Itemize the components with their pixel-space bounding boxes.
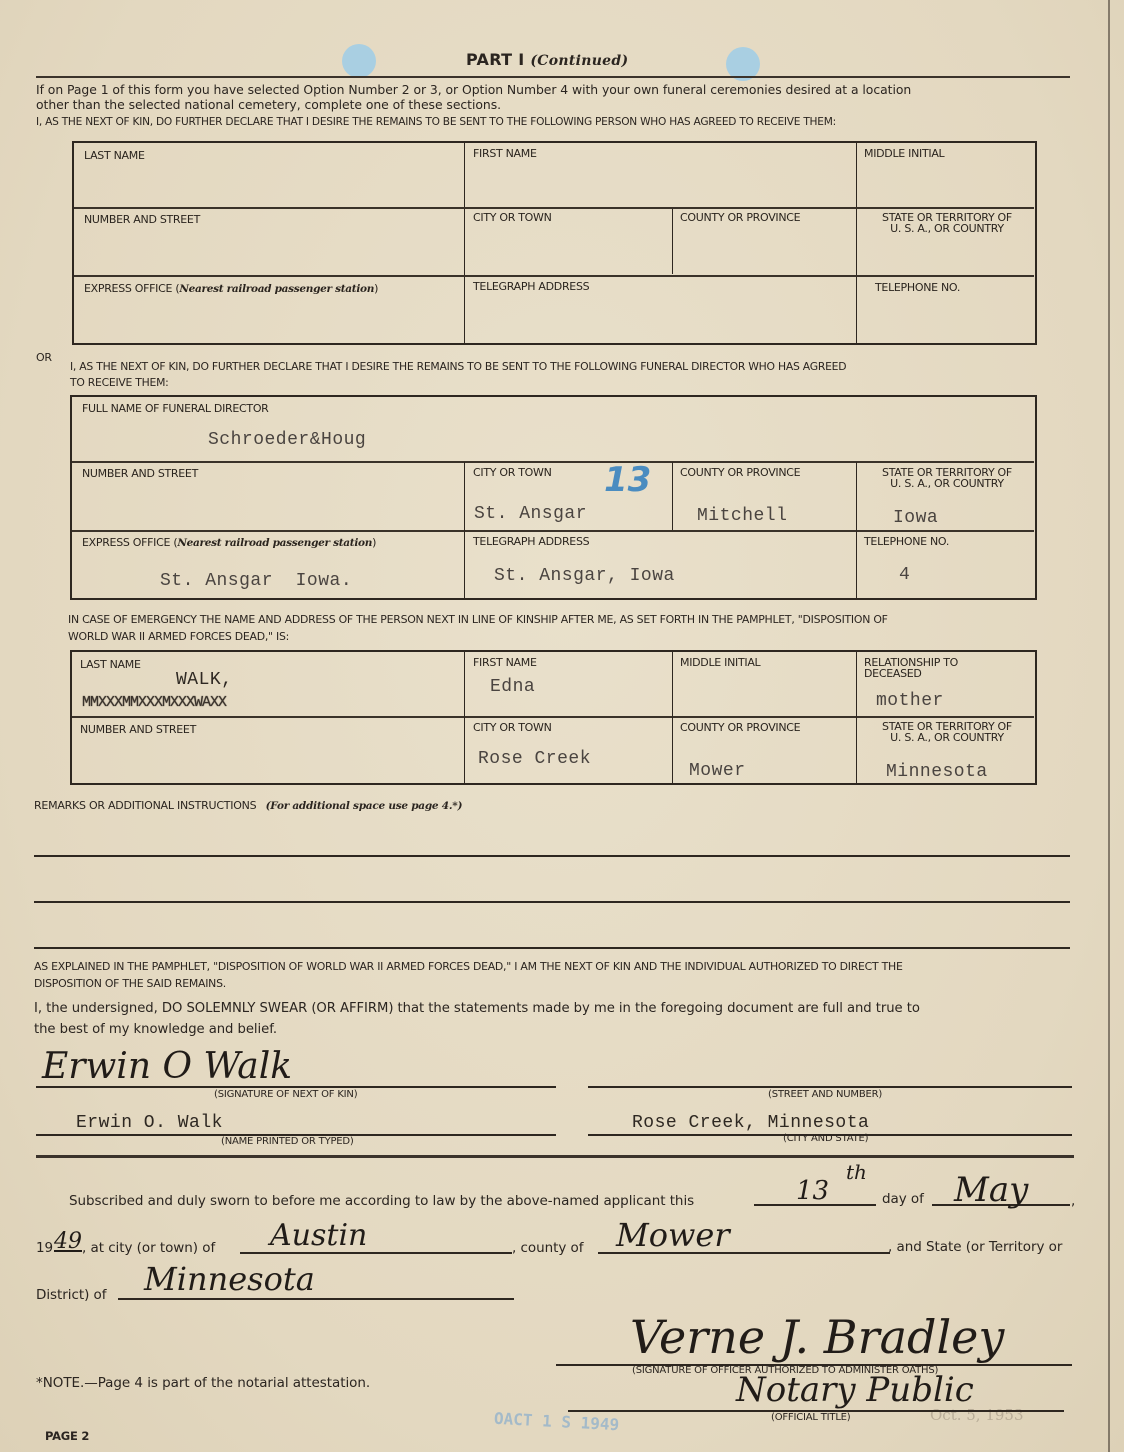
blue-pencil-annotation: 13 <box>604 460 651 500</box>
divider <box>672 652 673 783</box>
county-label: COUNTY OR PROVINCE <box>680 722 800 734</box>
signature-line[interactable] <box>36 1086 556 1088</box>
full-name-director-label: FULL NAME OF FUNERAL DIRECTOR <box>82 403 269 415</box>
middle-initial-label: MIDDLE INITIAL <box>864 148 944 160</box>
kin-first-name-field[interactable]: Edna <box>490 677 535 697</box>
number-street-label: NUMBER AND STREET <box>80 724 196 736</box>
official-title-value: Notary Public <box>736 1370 974 1410</box>
state-label: STATE OR TERRITORY OF U. S. A., OR COUNT… <box>862 212 1032 234</box>
number-street-label: NUMBER AND STREET <box>84 214 200 226</box>
number-street-label: NUMBER AND STREET <box>82 468 198 480</box>
row-divider <box>74 207 1034 209</box>
declaration-director-line-1: I, AS THE NEXT OF KIN, DO FURTHER DECLAR… <box>70 359 846 375</box>
director-city-field[interactable]: St. Ansgar <box>474 504 587 524</box>
part-title: PART I <box>466 50 524 69</box>
state-label-line-2: U. S. A., OR COUNTRY <box>862 478 1032 489</box>
divider <box>856 143 857 343</box>
last-name-label: LAST NAME <box>80 659 141 671</box>
state-text: , and State (or Territory or <box>888 1240 1062 1255</box>
divider <box>672 462 673 530</box>
person-city-field[interactable] <box>476 240 666 264</box>
declaration-director: I, AS THE NEXT OF KIN, DO FURTHER DECLAR… <box>70 359 846 391</box>
district-text: District) of <box>36 1288 106 1303</box>
district-value: Minnesota <box>144 1260 315 1298</box>
row-divider <box>74 275 1034 277</box>
person-state-field[interactable] <box>870 240 1020 264</box>
notarial-note: *NOTE.—Page 4 is part of the notarial at… <box>36 1376 370 1391</box>
county-label: COUNTY OR PROVINCE <box>680 212 800 224</box>
year-prefix: 19 <box>36 1241 53 1256</box>
person-first-name-field[interactable] <box>480 172 840 196</box>
document-page: PART I (Continued) If on Page 1 of this … <box>0 0 1124 1452</box>
city-value: Austin <box>270 1218 367 1253</box>
row-divider <box>72 461 1034 463</box>
kin-city-field[interactable]: Rose Creek <box>478 749 591 769</box>
city-label: CITY OR TOWN <box>473 212 552 224</box>
city-text: , at city (or town) of <box>82 1241 215 1256</box>
divider <box>464 652 465 783</box>
county-value: Mower <box>616 1216 730 1254</box>
person-telephone-field[interactable] <box>870 306 1020 330</box>
month-value: May <box>954 1170 1028 1210</box>
pamphlet-statement: AS EXPLAINED IN THE PAMPHLET, "DISPOSITI… <box>34 958 903 992</box>
city-label: CITY OR TOWN <box>473 467 552 479</box>
year-suffix: 49 <box>54 1229 82 1254</box>
person-middle-initial-field[interactable] <box>870 172 1020 196</box>
director-express-office-field[interactable]: St. Ansgar Iowa. <box>160 571 352 591</box>
director-street-field[interactable] <box>90 503 450 527</box>
kin-relationship-field[interactable]: mother <box>876 691 944 711</box>
county-label: COUNTY OR PROVINCE <box>680 467 800 479</box>
director-county-field[interactable]: Mitchell <box>697 506 787 526</box>
pamphlet-line-2: DISPOSITION OF THE SAID REMAINS. <box>34 975 903 992</box>
person-county-field[interactable] <box>684 240 849 264</box>
oath-line-2: the best of my knowledge and belief. <box>34 1019 920 1040</box>
pamphlet-line-1: AS EXPLAINED IN THE PAMPHLET, "DISPOSITI… <box>34 958 903 975</box>
declaration-person: I, AS THE NEXT OF KIN, DO FURTHER DECLAR… <box>36 114 836 130</box>
state-label-line-2: U. S. A., OR COUNTRY <box>862 223 1032 234</box>
emergency-intro: IN CASE OF EMERGENCY THE NAME AND ADDRES… <box>68 611 888 645</box>
sworn-text: Subscribed and duly sworn to before me a… <box>69 1194 694 1209</box>
relationship-label-line-2: DECEASED <box>864 668 958 679</box>
state-label: STATE OR TERRITORY OF U. S. A., OR COUNT… <box>862 467 1032 489</box>
telegraph-label: TELEGRAPH ADDRESS <box>473 536 589 548</box>
divider <box>856 462 857 598</box>
county-text: , county of <box>512 1241 583 1256</box>
kin-middle-initial-field[interactable] <box>684 680 844 704</box>
page-title: PART I (Continued) <box>466 50 628 69</box>
director-telephone-field[interactable]: 4 <box>899 565 910 585</box>
last-name-label: LAST NAME <box>84 150 145 162</box>
district-line[interactable] <box>118 1298 514 1300</box>
officer-signature: Verne J. Bradley <box>630 1310 1004 1364</box>
state-label: STATE OR TERRITORY OF U. S. A., OR COUNT… <box>862 721 1032 743</box>
header-rule <box>36 76 1070 78</box>
comma: , <box>1071 1194 1075 1209</box>
kin-county-field[interactable]: Mower <box>689 761 746 781</box>
telephone-label: TELEPHONE No. <box>875 282 960 294</box>
city-state-caption: (CITY AND STATE) <box>783 1133 868 1144</box>
page-number: PAGE 2 <box>45 1428 89 1444</box>
remarks-line-1[interactable] <box>34 855 1070 857</box>
kin-state-field[interactable]: Minnesota <box>886 762 988 782</box>
day-of-text: day of <box>882 1192 924 1207</box>
first-name-label: FIRST NAME <box>473 148 537 160</box>
row-divider <box>72 716 1034 718</box>
oath-statement: I, the undersigned, DO SOLEMNLY SWEAR (O… <box>34 998 920 1040</box>
intro-line-1: If on Page 1 of this form you have selec… <box>36 82 1076 97</box>
middle-initial-label: MIDDLE INITIAL <box>680 657 760 669</box>
name-printed-field[interactable]: Erwin O. Walk <box>76 1113 223 1133</box>
official-title-caption: (OFFICIAL TITLE) <box>771 1412 851 1423</box>
kin-last-name-struck-text: MMXXXMMXXXMXXXWAXX <box>82 694 226 711</box>
person-street-field[interactable] <box>90 240 450 264</box>
intro-line-2: other than the selected national cemeter… <box>36 97 1076 112</box>
divider <box>464 143 465 343</box>
commission-expiry-stamp: Oct. 5, 1953 <box>930 1406 1024 1424</box>
row-divider <box>72 530 1034 532</box>
remarks-line-3[interactable] <box>34 947 1070 949</box>
kin-street-field[interactable] <box>90 750 450 774</box>
intro-text: If on Page 1 of this form you have selec… <box>36 82 1076 112</box>
remarks-line-2[interactable] <box>34 901 1070 903</box>
relationship-label: RELATIONSHIP TO DECEASED <box>864 657 958 679</box>
divider <box>672 208 673 274</box>
section-rule <box>36 1155 1074 1158</box>
director-state-field[interactable]: Iowa <box>893 508 938 528</box>
city-state-field[interactable]: Rose Creek, Minnesota <box>632 1113 869 1133</box>
person-telegraph-field[interactable] <box>480 306 840 330</box>
express-office-label: EXPRESS OFFICE (Nearest railroad passeng… <box>84 283 378 295</box>
director-full-name-field[interactable]: Schroeder&Houg <box>208 430 366 450</box>
part-subtitle: (Continued) <box>530 53 628 69</box>
day-value: 13 <box>796 1176 829 1206</box>
next-of-kin-signature: Erwin O Walk <box>42 1046 292 1087</box>
day-suffix: th <box>846 1160 867 1184</box>
state-label-line-2: U. S. A., OR COUNTRY <box>862 732 1032 743</box>
person-last-name-field[interactable] <box>90 172 450 196</box>
person-express-office-field[interactable] <box>90 306 450 330</box>
divider <box>464 462 465 598</box>
received-stamp: OACT 1 S 1949 <box>494 1409 620 1435</box>
punch-hole-left <box>342 44 376 78</box>
declaration-director-line-2: TO RECEIVE THEM: <box>70 375 846 391</box>
street-number-caption: (STREET AND NUMBER) <box>768 1089 882 1100</box>
telegraph-label: TELEGRAPH ADDRESS <box>473 281 589 293</box>
street-number-line[interactable] <box>588 1086 1072 1088</box>
express-office-label: EXPRESS OFFICE (Nearest railroad passeng… <box>82 537 376 549</box>
name-printed-caption: (NAME PRINTED OR TYPED) <box>221 1136 354 1147</box>
first-name-label: FIRST NAME <box>473 657 537 669</box>
oath-line-1: I, the undersigned, DO SOLEMNLY SWEAR (O… <box>34 998 920 1019</box>
telephone-label: TELEPHONE No. <box>864 536 949 548</box>
signature-caption: (SIGNATURE OF NEXT OF KIN) <box>214 1089 357 1100</box>
emergency-intro-line-1: IN CASE OF EMERGENCY THE NAME AND ADDRES… <box>68 611 888 628</box>
director-telegraph-field[interactable]: St. Ansgar, Iowa <box>494 566 675 586</box>
page-edge <box>1108 0 1110 1452</box>
emergency-intro-line-2: WORLD WAR II ARMED FORCES DEAD," IS: <box>68 628 888 645</box>
divider <box>856 652 857 783</box>
remarks-label: REMARKS OR ADDITIONAL INSTRUCTIONS (For … <box>34 798 462 814</box>
or-label: OR <box>36 350 52 366</box>
kin-last-name-field[interactable]: WALK, <box>176 670 233 690</box>
city-label: CITY OR TOWN <box>473 722 552 734</box>
